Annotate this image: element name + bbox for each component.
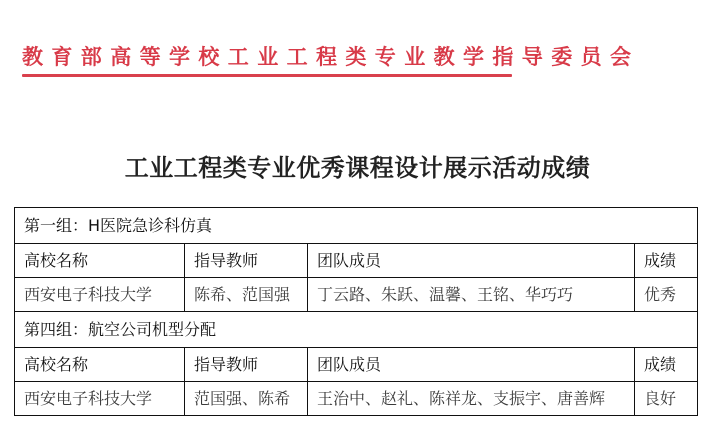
page-title: 工业工程类专业优秀课程设计展示活动成绩 bbox=[0, 152, 715, 184]
group-label: 第四组：航空公司机型分配 bbox=[15, 312, 698, 348]
column-header-advisors: 指导教师 bbox=[185, 244, 308, 278]
cell-members: 王治中、赵礼、陈祥龙、支振宇、唐善辉 bbox=[308, 382, 635, 416]
results-table: 第一组：H医院急诊科仿真 高校名称 指导教师 团队成员 成绩 西安电子科技大学 … bbox=[14, 207, 698, 416]
cell-grade: 优秀 bbox=[635, 278, 698, 312]
cell-grade: 良好 bbox=[635, 382, 698, 416]
column-header-members: 团队成员 bbox=[308, 348, 635, 382]
table-row: 西安电子科技大学 范国强、陈希 王治中、赵礼、陈祥龙、支振宇、唐善辉 良好 bbox=[15, 382, 698, 416]
cell-university: 西安电子科技大学 bbox=[15, 382, 185, 416]
column-header-advisors: 指导教师 bbox=[185, 348, 308, 382]
column-header-row: 高校名称 指导教师 团队成员 成绩 bbox=[15, 348, 698, 382]
column-header-grade: 成绩 bbox=[635, 348, 698, 382]
column-header-university: 高校名称 bbox=[15, 244, 185, 278]
column-header-university: 高校名称 bbox=[15, 348, 185, 382]
letterhead-red-rule bbox=[22, 74, 512, 77]
cell-advisors: 范国强、陈希 bbox=[185, 382, 308, 416]
letterhead-organization: 教育部高等学校工业工程类专业教学指导委员会 bbox=[22, 44, 682, 70]
group-heading-row: 第四组：航空公司机型分配 bbox=[15, 312, 698, 348]
column-header-row: 高校名称 指导教师 团队成员 成绩 bbox=[15, 244, 698, 278]
cell-members: 丁云路、朱跃、温馨、王铭、华巧巧 bbox=[308, 278, 635, 312]
cell-advisors: 陈希、范国强 bbox=[185, 278, 308, 312]
letterhead: 教育部高等学校工业工程类专业教学指导委员会 bbox=[22, 44, 702, 80]
cell-university: 西安电子科技大学 bbox=[15, 278, 185, 312]
table-row: 西安电子科技大学 陈希、范国强 丁云路、朱跃、温馨、王铭、华巧巧 优秀 bbox=[15, 278, 698, 312]
group-label: 第一组：H医院急诊科仿真 bbox=[15, 208, 698, 244]
column-header-members: 团队成员 bbox=[308, 244, 635, 278]
column-header-grade: 成绩 bbox=[635, 244, 698, 278]
group-heading-row: 第一组：H医院急诊科仿真 bbox=[15, 208, 698, 244]
